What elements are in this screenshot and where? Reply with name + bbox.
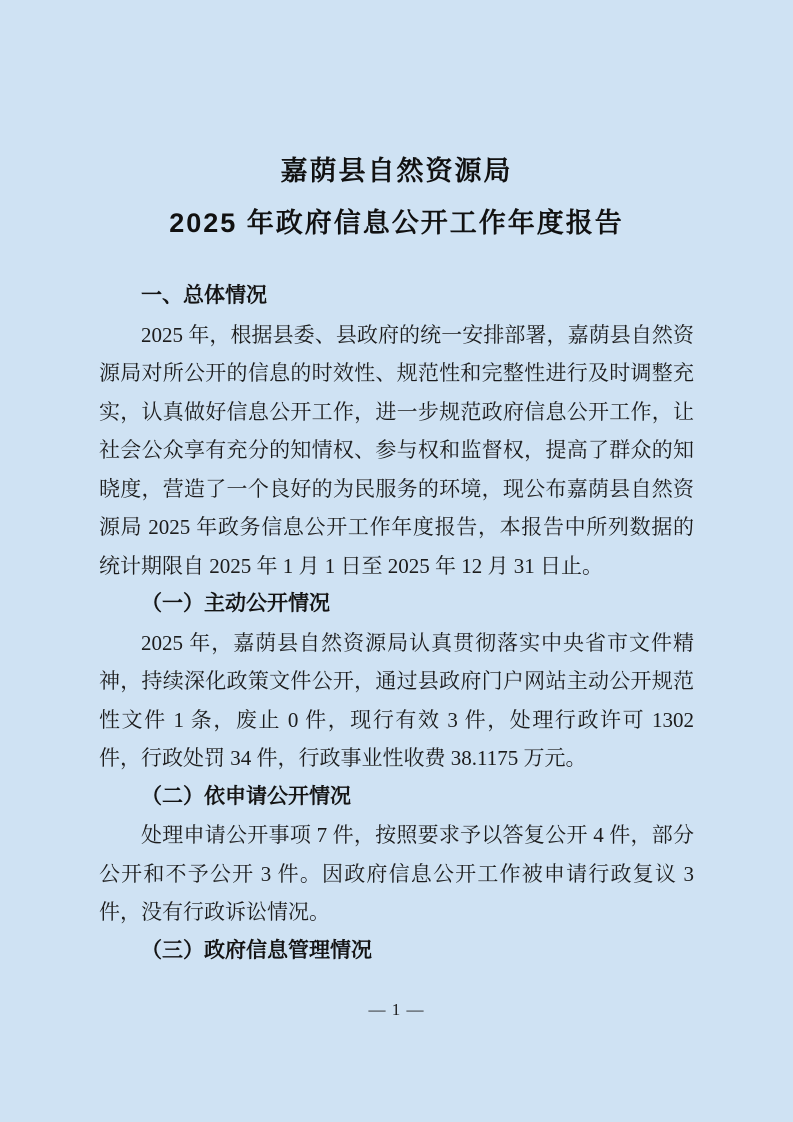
- section-paragraph-proactive-disclosure: 2025 年，嘉荫县自然资源局认真贯彻落实中央省市文件精神，持续深化政策文件公开…: [99, 624, 694, 778]
- document-body: 一、总体情况 2025 年，根据县委、县政府的统一安排部署，嘉荫县自然资源局对所…: [99, 277, 694, 970]
- section-paragraph-disclosure-upon-request: 处理申请公开事项 7 件，按照要求予以答复公开 4 件，部分公开和不予公开 3 …: [99, 816, 694, 932]
- document-title-block: 嘉荫县自然资源局 2025 年政府信息公开工作年度报告: [99, 145, 694, 249]
- section-heading-proactive-disclosure: （一）主动公开情况: [99, 585, 694, 624]
- section-heading-information-management: （三）政府信息管理情况: [99, 932, 694, 971]
- section-paragraph-overall-situation: 2025 年，根据县委、县政府的统一安排部署，嘉荫县自然资源局对所公开的信息的时…: [99, 316, 694, 586]
- document-page: 嘉荫县自然资源局 2025 年政府信息公开工作年度报告 一、总体情况 2025 …: [0, 0, 793, 1122]
- section-heading-overall-situation: 一、总体情况: [99, 277, 694, 316]
- page-number: — 1 —: [0, 998, 793, 1022]
- document-title-line-2: 2025 年政府信息公开工作年度报告: [99, 197, 694, 249]
- section-heading-disclosure-upon-request: （二）依申请公开情况: [99, 778, 694, 817]
- document-title-line-1: 嘉荫县自然资源局: [99, 145, 694, 197]
